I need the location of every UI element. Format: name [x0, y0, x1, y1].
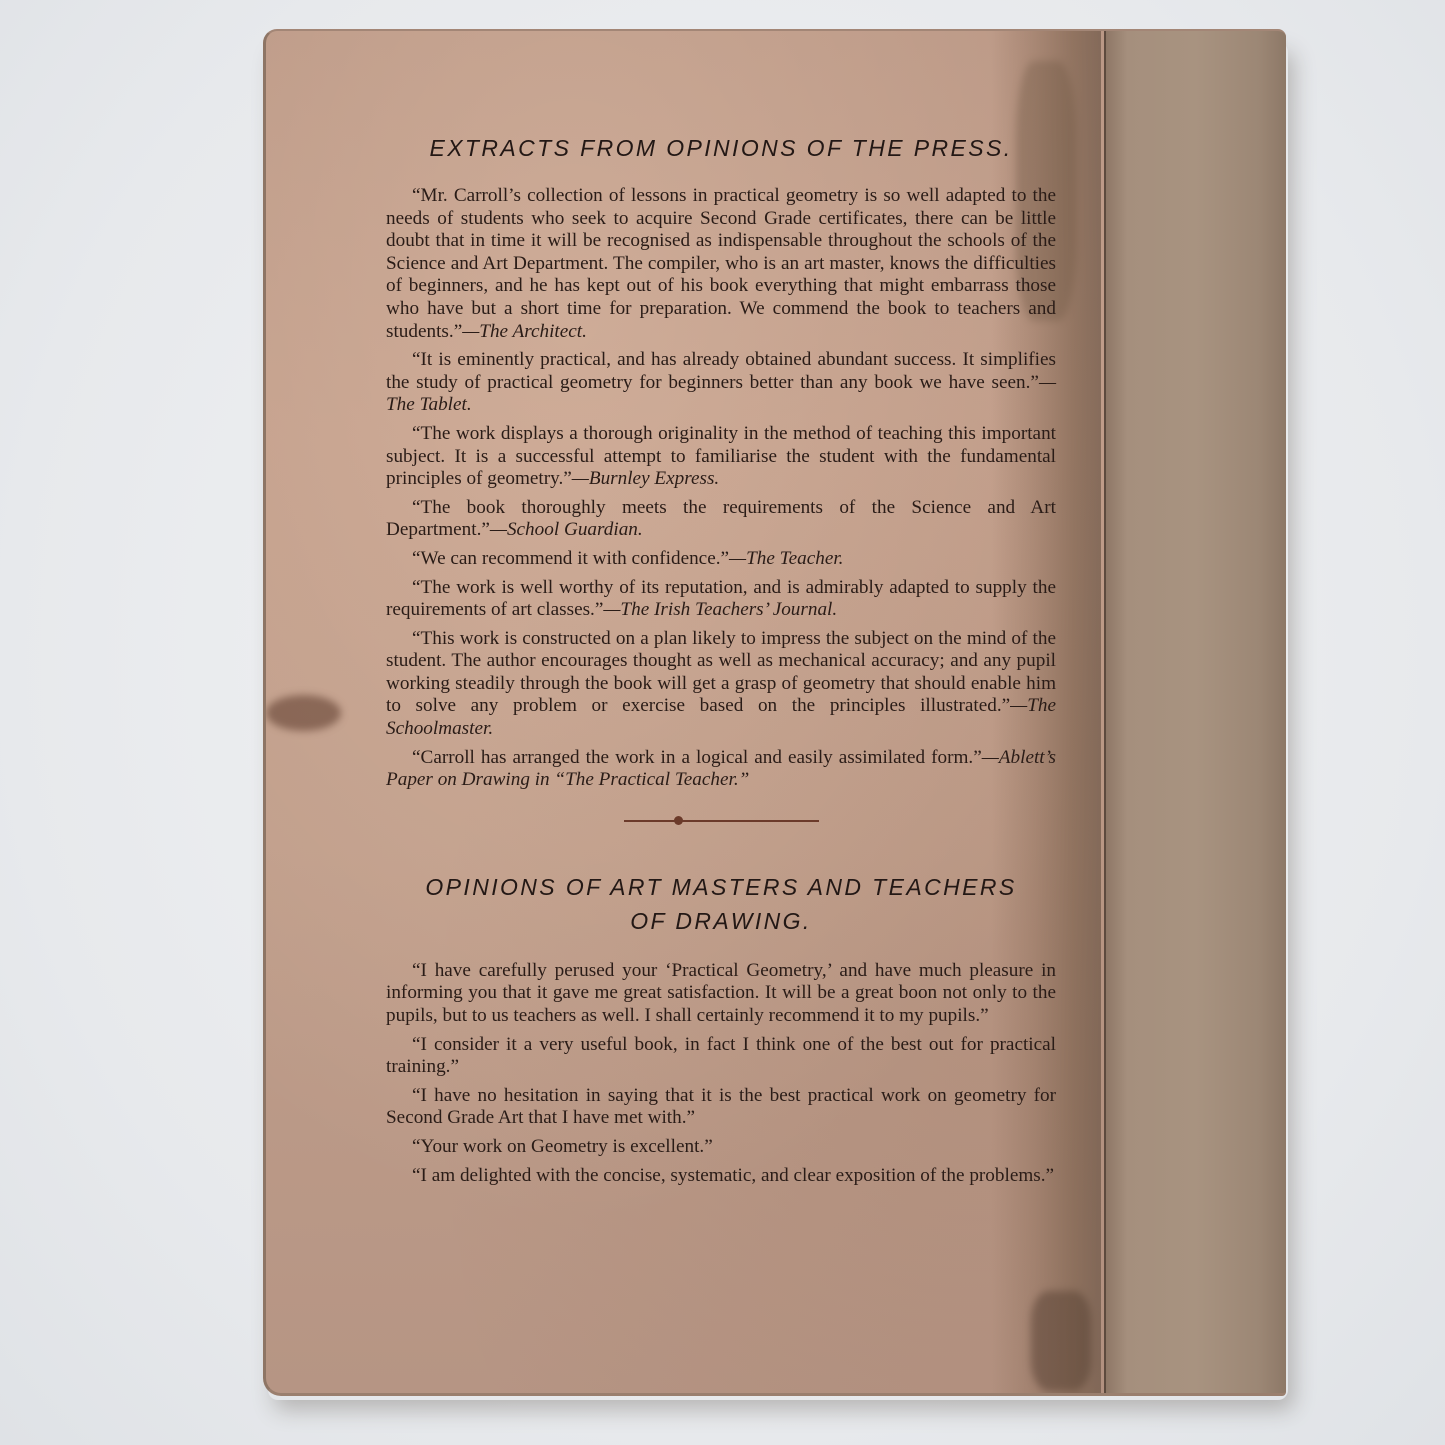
- quote-source: —The Architect.: [462, 321, 587, 342]
- press-heading: EXTRACTS FROM OPINIONS OF THE PRESS.: [386, 131, 1056, 165]
- ornamental-rule: [624, 820, 819, 822]
- quote-text: “The book thoroughly meets the requireme…: [386, 497, 1056, 541]
- cover-panel: EXTRACTS FROM OPINIONS OF THE PRESS. “Mr…: [266, 31, 1101, 1393]
- masters-quotes: “I have carefully perused your ‘Practica…: [386, 960, 1056, 1187]
- quote-text: “It is eminently practical, and has alre…: [386, 349, 1056, 393]
- text-block: EXTRACTS FROM OPINIONS OF THE PRESS. “Mr…: [386, 131, 1056, 1193]
- book-spine: [1104, 31, 1286, 1393]
- press-quote: “The work displays a thorough originalit…: [386, 423, 1056, 491]
- press-quote: “This work is constructed on a plan like…: [386, 628, 1056, 741]
- press-quote: “We can recommend it with confidence.”—T…: [386, 548, 1056, 571]
- quote-text: “Carroll has arranged the work in a logi…: [412, 747, 982, 768]
- stain-left: [266, 695, 341, 731]
- press-quote: “Mr. Carroll’s collection of lessons in …: [386, 185, 1056, 343]
- masters-quote: “Your work on Geometry is excellent.”: [386, 1136, 1056, 1159]
- quote-text: “Mr. Carroll’s collection of lessons in …: [386, 185, 1056, 342]
- press-quotes: “Mr. Carroll’s collection of lessons in …: [386, 185, 1056, 792]
- press-quote: “The book thoroughly meets the requireme…: [386, 497, 1056, 542]
- quote-source: —School Guardian.: [490, 519, 643, 540]
- quote-text: “The work displays a thorough originalit…: [386, 423, 1056, 489]
- book-back-cover: EXTRACTS FROM OPINIONS OF THE PRESS. “Mr…: [263, 29, 1286, 1396]
- quote-source: —Burnley Express.: [572, 468, 719, 489]
- press-quote: “Carroll has arranged the work in a logi…: [386, 747, 1056, 792]
- masters-quote: “I have no hesitation in saying that it …: [386, 1085, 1056, 1130]
- quote-text: “This work is constructed on a plan like…: [386, 628, 1056, 717]
- masters-quote: “I have carefully perused your ‘Practica…: [386, 960, 1056, 1028]
- press-quote: “It is eminently practical, and has alre…: [386, 349, 1056, 417]
- masters-heading: OPINIONS OF ART MASTERS AND TEACHERS OF …: [411, 870, 1031, 938]
- quote-text: “We can recommend it with confidence.”: [412, 548, 729, 569]
- press-quote: “The work is well worthy of its reputati…: [386, 577, 1056, 622]
- quote-source: —The Teacher.: [729, 548, 843, 569]
- masters-quote: “I consider it a very useful book, in fa…: [386, 1034, 1056, 1079]
- masters-quote: “I am delighted with the concise, system…: [386, 1165, 1056, 1188]
- quote-source: —The Irish Teachers’ Journal.: [603, 599, 837, 620]
